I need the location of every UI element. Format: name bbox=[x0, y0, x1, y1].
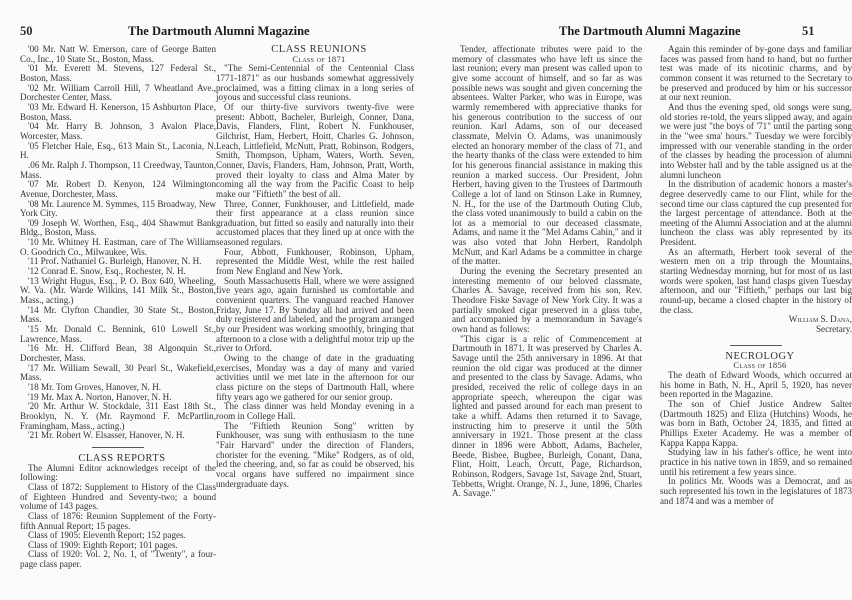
reunion-and-necrology-column: Again this reminder of by-gone days and … bbox=[660, 45, 852, 506]
class-secretaries-column: '00 Mr. Natt W. Emerson, care of George … bbox=[20, 45, 216, 570]
reunion-paragraph: Tender, affectionate tributes were paid … bbox=[452, 45, 642, 267]
right-page: The Dartmouth Alumni Magazine 51 Tender,… bbox=[426, 0, 852, 600]
secretary-entry: '10 Mr. Whitney H. Eastman, care of The … bbox=[20, 238, 216, 257]
cigar-memorandum-quote: "This cigar is a relic of Commencement a… bbox=[452, 335, 642, 499]
reunion-continued-column: Tender, affectionate tributes were paid … bbox=[452, 45, 642, 499]
left-page: 50 The Dartmouth Alumni Magazine '00 Mr.… bbox=[0, 0, 426, 600]
secretary-entry: '15 Mr. Donald C. Bennink, 610 Lowell St… bbox=[20, 325, 216, 344]
reunion-paragraph: As an aftermath, Herbert took several of… bbox=[660, 248, 852, 316]
secretary-entry: '13 Wright Hugus, Esq., P. O. Box 640, W… bbox=[20, 277, 216, 306]
reunion-paragraph: In the distribution of academic honors a… bbox=[660, 180, 852, 248]
reunion-paragraph: The "Fiftieth Reunion Song" written by F… bbox=[216, 422, 414, 490]
page-number-right: 51 bbox=[802, 24, 815, 39]
secretary-entry: '05 Fletcher Hale, Esq., 613 Main St., L… bbox=[20, 142, 216, 161]
necrology-paragraph: In politics Mr. Woods was a Democrat, an… bbox=[660, 477, 852, 506]
reunion-paragraph: And thus the evening sped, old songs wer… bbox=[660, 103, 852, 180]
reunion-paragraph: The class dinner was held Monday evening… bbox=[216, 402, 414, 421]
reunion-paragraph: "The Semi-Centennial of the Centennial C… bbox=[216, 64, 414, 103]
necrology-paragraph: Studying law in his father's office, he … bbox=[660, 448, 852, 477]
reunion-paragraph: Owing to the change of date in the gradu… bbox=[216, 354, 414, 402]
reunion-paragraph: Three, Conner, Funkhouser, and Littlefie… bbox=[216, 200, 414, 248]
secretary-entry: '08 Mr. Laurence M. Symmes, 115 Broadway… bbox=[20, 200, 216, 219]
reunion-paragraph: During the evening the Secretary present… bbox=[452, 267, 642, 335]
secretary-entry: .06 Mr. Ralph J. Thompson, 11 Creedway, … bbox=[20, 161, 216, 180]
section-divider bbox=[730, 345, 782, 346]
secretary-entry: '00 Mr. Natt W. Emerson, care of George … bbox=[20, 45, 216, 64]
secretary-entry: '07 Mr. Robert D. Kenyon, 124 Wilmington… bbox=[20, 180, 216, 199]
secretary-entry: '14 Mr. Clyfton Chandler, 30 State St., … bbox=[20, 306, 216, 325]
secretary-entry: '20 Mr. Arthur W. Stockdale, 311 East 18… bbox=[20, 402, 216, 431]
page-number-left: 50 bbox=[20, 24, 33, 39]
class-reunions-column: CLASS REUNIONS Class of 1871 "The Semi-C… bbox=[216, 45, 414, 489]
secretary-entry: '01 Mr. Everett M. Stevens, 127 Federal … bbox=[20, 64, 216, 83]
secretary-entry: '16 Mr. H. Clifford Bean, 38 Algonquin S… bbox=[20, 344, 216, 363]
section-divider bbox=[92, 447, 144, 448]
running-header-right: The Dartmouth Alumni Magazine bbox=[559, 24, 741, 40]
reunion-paragraph: South Massachusetts Hall, where we were … bbox=[216, 277, 414, 354]
class-report-item: Class of 1920: Vol. 2, No. 1, of "Twenty… bbox=[20, 550, 216, 569]
class-report-item: Class of 1876: Reunion Supplement of the… bbox=[20, 512, 216, 531]
secretary-entry: '21 Mr. Robert W. Elsasser, Hanover, N. … bbox=[20, 431, 216, 441]
running-header-left: The Dartmouth Alumni Magazine bbox=[128, 24, 310, 40]
secretary-entry: '02 Mr. William Carroll Hill, 7 Wheatlan… bbox=[20, 84, 216, 103]
class-report-item: Class of 1872: Supplement to History of … bbox=[20, 483, 216, 512]
necrology-paragraph: The son of Chief Justice Andrew Salter (… bbox=[660, 400, 852, 448]
secretary-entry: '09 Joseph W. Worthen, Esq., 404 Shawmut… bbox=[20, 219, 216, 238]
class-reports-intro: The Alumni Editor acknowledges receipt o… bbox=[20, 464, 216, 483]
secretary-entry: '17 Mr. William Sewall, 30 Pearl St., Wa… bbox=[20, 364, 216, 383]
reunion-paragraph: Of our thirty-five survivors twenty-five… bbox=[216, 103, 414, 200]
secretary-entry: '04 Mr. Harry B. Johnson, 3 Avalon Place… bbox=[20, 122, 216, 141]
reunion-paragraph: Four, Abbott, Funkhouser, Robinson, Upha… bbox=[216, 248, 414, 277]
reunion-paragraph: Again this reminder of by-gone days and … bbox=[660, 45, 852, 103]
necrology-paragraph: The death of Edward Woods, which occurre… bbox=[660, 371, 852, 400]
secretary-entry: '03 Mr. Edward H. Kenerson, 15 Ashburton… bbox=[20, 103, 216, 122]
signature-title: Secretary. bbox=[660, 325, 852, 335]
